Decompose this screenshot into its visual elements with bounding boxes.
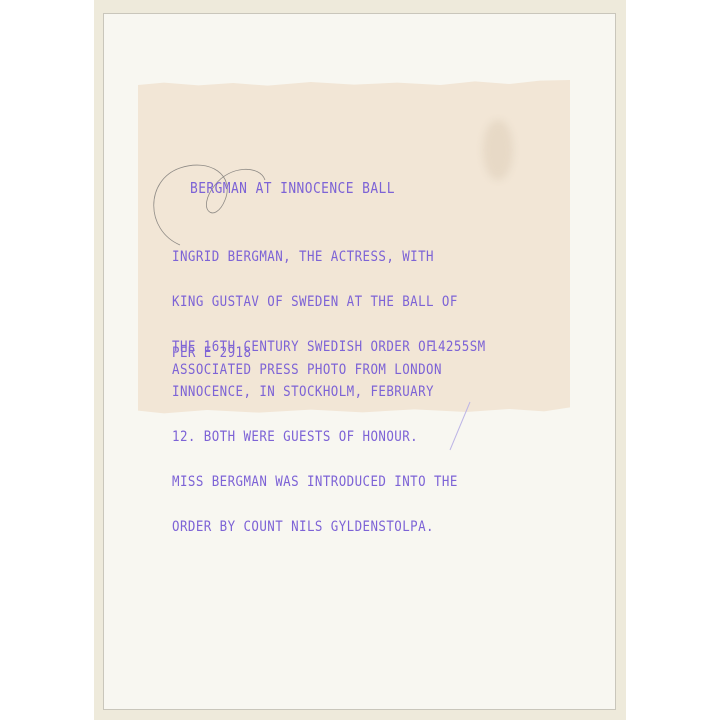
caption-line: MISS BERGMAN WAS INTRODUCED INTO THE <box>172 475 458 490</box>
caption-line: 12. BOTH WERE GUESTS OF HONOUR. <box>172 430 458 445</box>
serial-number: 14255SM <box>430 340 486 355</box>
photo-credit: ASSOCIATED PRESS PHOTO FROM LONDON <box>172 363 442 378</box>
caption-body: INGRID BERGMAN, THE ACTRESS, WITH KING G… <box>172 220 458 550</box>
caption-line: INGRID BERGMAN, THE ACTRESS, WITH <box>172 250 458 265</box>
caption-headline: BERGMAN AT INNOCENCE BALL <box>190 181 395 196</box>
caption-line: ORDER BY COUNT NILS GYLDENSTOLPA. <box>172 520 458 535</box>
paper-stain <box>483 120 513 180</box>
reference-code: PER E 2918 <box>172 346 251 361</box>
caption-line: INNOCENCE, IN STOCKHOLM, FEBRUARY <box>172 385 458 400</box>
caption-line: KING GUSTAV OF SWEDEN AT THE BALL OF <box>172 295 458 310</box>
